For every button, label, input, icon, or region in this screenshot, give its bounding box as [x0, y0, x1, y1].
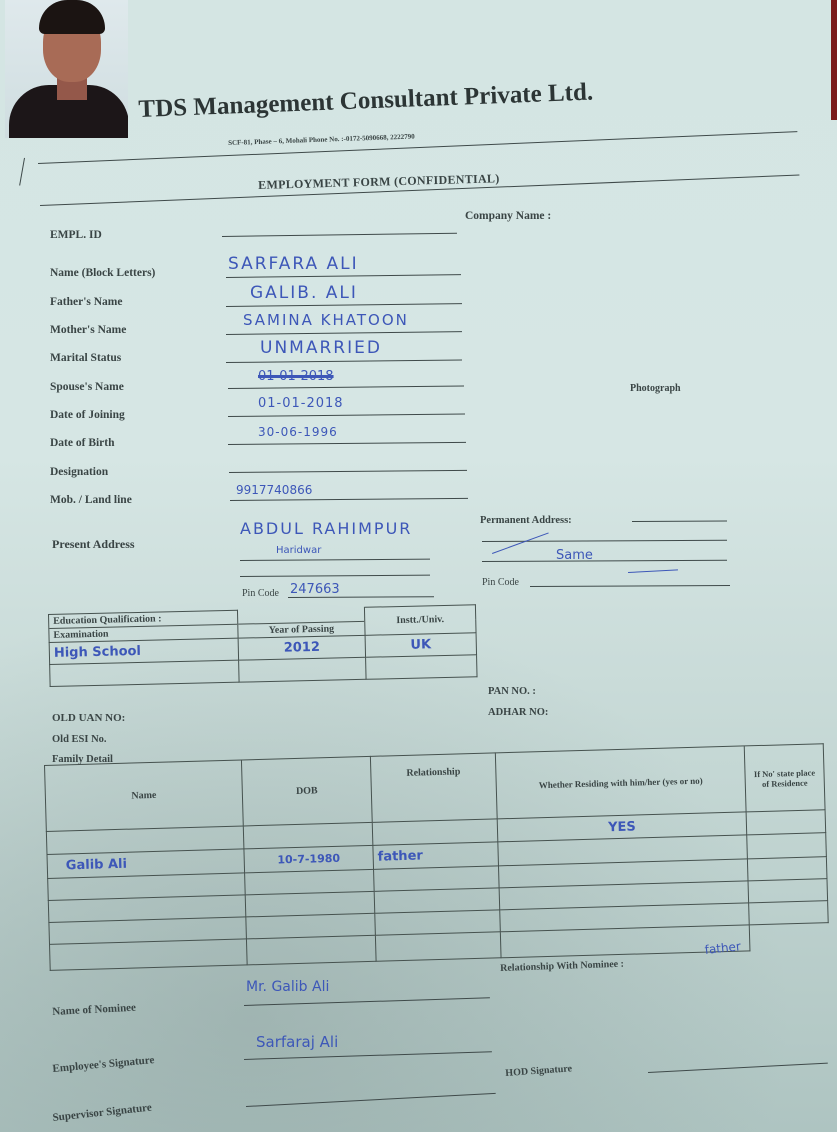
spouse-label: Spouse's Name [50, 381, 124, 393]
edu-exam-value[interactable]: High School [54, 644, 141, 661]
family-header-residing: Whether Residing with him/her (yes or no… [495, 746, 746, 819]
permanent-address-label: Permanent Address: [480, 515, 572, 526]
name-label: Name (Block Letters) [50, 267, 155, 279]
photograph-placeholder: Photograph [630, 383, 681, 394]
present-address-label: Present Address [52, 537, 135, 552]
mobile-value[interactable]: 9917740866 [236, 483, 312, 497]
family-name-value[interactable]: Galib Ali [52, 857, 128, 874]
applicant-photo [5, 0, 128, 138]
edu-cell[interactable] [366, 655, 477, 680]
old-uan-label: OLD UAN NO: [52, 712, 125, 724]
company-name-label: Company Name : [465, 210, 551, 222]
present-pin-label: Pin Code [242, 588, 279, 599]
edu-cell[interactable] [50, 660, 239, 686]
family-header-dob: DOB [241, 756, 372, 826]
nominee-name-value[interactable]: Mr. Galib Ali [246, 979, 329, 995]
designation-label: Designation [50, 466, 108, 478]
doj-label: Date of Joining [50, 409, 125, 421]
permanent-pin-label: Pin Code [482, 577, 519, 588]
family-cell[interactable] [746, 810, 826, 835]
pan-label: PAN NO. : [488, 686, 536, 697]
edu-year-value[interactable]: 2012 [284, 640, 321, 656]
name-value[interactable]: SARFARA ALI [228, 254, 359, 274]
family-dob-value[interactable]: 10-7-1980 [277, 852, 340, 867]
employee-signature-value[interactable]: Sarfaraj Ali [256, 1033, 338, 1051]
family-relationship-value[interactable]: father [377, 848, 423, 864]
family-cell[interactable] [747, 833, 827, 859]
present-pin-value[interactable]: 247663 [290, 582, 340, 597]
mobile-label: Mob. / Land line [50, 494, 132, 506]
present-address-line2[interactable]: Haridwar [276, 545, 321, 556]
family-table: Name DOB Relationship Whether Residing w… [44, 743, 829, 971]
marital-value[interactable]: UNMARRIED [260, 338, 382, 358]
family-residing-value[interactable]: YES [608, 819, 636, 835]
family-header-residence: If No' state place of Residence [744, 744, 825, 812]
present-address-line1[interactable]: ABDUL RAHIMPUR [240, 519, 412, 538]
dob-value[interactable]: 30-06-1996 [258, 425, 338, 439]
dob-label: Date of Birth [50, 437, 115, 449]
father-value[interactable]: GALIB. ALI [250, 283, 358, 303]
adhar-label: ADHAR NO: [488, 707, 548, 718]
father-label: Father's Name [50, 296, 123, 308]
education-table: Education Qualification : Instt./Univ. E… [48, 604, 478, 687]
mother-label: Mother's Name [50, 324, 126, 336]
empl-id-label: EMPL. ID [50, 229, 102, 241]
marital-label: Marital Status [50, 352, 121, 364]
page-edge [831, 0, 837, 120]
spouse-value-struck[interactable]: 01-01-2018 [258, 369, 334, 384]
doj-value[interactable]: 01-01-2018 [258, 396, 344, 411]
old-esi-label: Old ESI No. [52, 734, 107, 745]
edu-inst-value[interactable]: UK [410, 637, 431, 652]
family-header-relationship: Relationship [370, 753, 497, 822]
family-header-name: Name [45, 760, 244, 831]
edu-cell[interactable] [239, 657, 366, 682]
edu-header-inst: Instt./Univ. [364, 605, 476, 636]
mother-value[interactable]: SAMINA KHATOON [243, 311, 409, 329]
